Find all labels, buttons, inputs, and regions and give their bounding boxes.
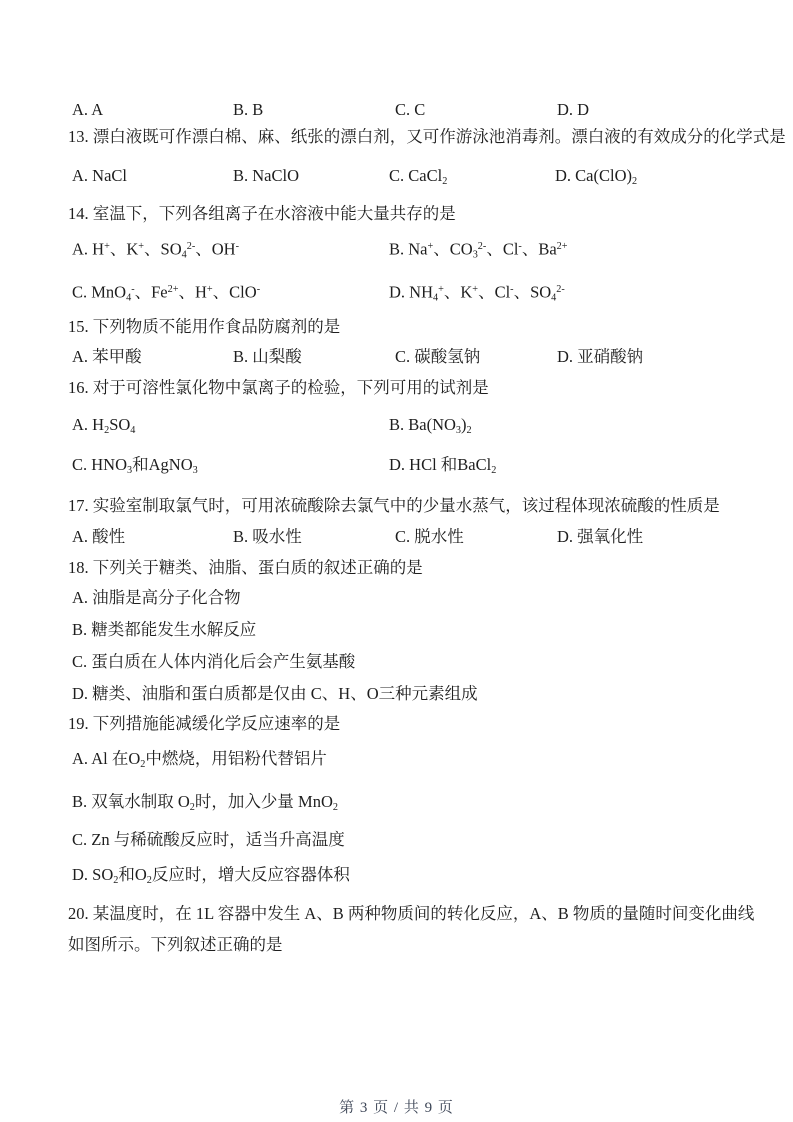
exam-page: A. A B. B C. C D. D 13. 漂白液既可作漂白棉、麻、纸张的漂… (0, 0, 793, 1122)
question-14-options-row-1: A. H+、K+、SO42-、OH- B. Na+、CO32-、Cl-、Ba2+ (72, 237, 757, 266)
question-20-stem: 20. 某温度时，在 1L 容器中发生 A、B 两种物质间的转化反应，A、B 物… (68, 898, 757, 960)
question-14-option-b: B. Na+、CO32-、Cl-、Ba2+ (389, 237, 757, 266)
question-14-option-a: A. H+、K+、SO42-、OH- (72, 237, 389, 266)
question-16-stem: 16. 对于可溶性氯化物中氯离子的检验，下列可用的试剂是 (68, 378, 757, 398)
question-12-option-c: C. C (395, 100, 557, 120)
question-15-option-c: C. 碳酸氢钠 (395, 347, 557, 367)
question-16-option-d: D. HCl 和BaCl2 (389, 455, 757, 481)
question-19-stem: 19. 下列措施能减缓化学反应速率的是 (68, 714, 757, 734)
question-19-option-b: B. 双氧水制取 O2时，加入少量 MnO2 (72, 792, 757, 818)
question-12-option-b: B. B (233, 100, 395, 120)
question-16-option-c: C. HNO3和AgNO3 (72, 455, 389, 481)
question-12-option-a: A. A (72, 100, 233, 120)
question-13-stem: 13. 漂白液既可作漂白棉、麻、纸张的漂白剂，又可作游泳池消毒剂。漂白液的有效成… (68, 127, 757, 147)
question-17-option-a: A. 酸性 (72, 527, 233, 547)
question-18-stem: 18. 下列关于糖类、油脂、蛋白质的叙述正确的是 (68, 558, 757, 578)
question-17-option-d: D. 强氧化性 (557, 527, 757, 547)
question-16-options-row-1: A. H2SO4 B. Ba(NO3)2 (72, 415, 757, 441)
question-17-stem: 17. 实验室制取氯气时，可用浓硫酸除去氯气中的少量水蒸气，该过程体现浓硫酸的性… (68, 496, 757, 516)
question-13-option-b: B. NaClO (233, 166, 389, 192)
question-15-option-b: B. 山梨酸 (233, 347, 395, 367)
question-16-option-a: A. H2SO4 (72, 415, 389, 441)
question-15-options-row: A. 苯甲酸 B. 山梨酸 C. 碳酸氢钠 D. 亚硝酸钠 (72, 347, 757, 367)
question-15-option-d: D. 亚硝酸钠 (557, 347, 757, 367)
question-15-option-a: A. 苯甲酸 (72, 347, 233, 367)
question-18-option-b: B. 糖类都能发生水解反应 (72, 620, 757, 640)
question-13-option-d: D. Ca(ClO)2 (555, 166, 757, 192)
question-14-stem: 14. 室温下，下列各组离子在水溶液中能大量共存的是 (68, 204, 757, 224)
question-12-options-row: A. A B. B C. C D. D (72, 100, 757, 120)
question-18-option-d: D. 糖类、油脂和蛋白质都是仅由 C、H、O三种元素组成 (72, 684, 757, 704)
question-18-option-c: C. 蛋白质在人体内消化后会产生氨基酸 (72, 652, 757, 672)
question-14-option-c: C. MnO4-、Fe2+、H+、ClO- (72, 280, 389, 309)
question-13-option-c: C. CaCl2 (389, 166, 555, 192)
question-12-option-d: D. D (557, 100, 757, 120)
question-13-options-row: A. NaCl B. NaClO C. CaCl2 D. Ca(ClO)2 (72, 166, 757, 192)
question-14-options-row-2: C. MnO4-、Fe2+、H+、ClO- D. NH4+、K+、Cl-、SO4… (72, 280, 757, 309)
page-number: 第 3 页 / 共 9 页 (0, 1096, 793, 1117)
question-18-option-a: A. 油脂是高分子化合物 (72, 588, 757, 608)
question-19-option-d: D. SO2和O2反应时，增大反应容器体积 (72, 865, 757, 891)
question-16-options-row-2: C. HNO3和AgNO3 D. HCl 和BaCl2 (72, 455, 757, 481)
question-19-option-c: C. Zn 与稀硫酸反应时，适当升高温度 (72, 830, 757, 850)
question-16-option-b: B. Ba(NO3)2 (389, 415, 757, 441)
question-17-option-c: C. 脱水性 (395, 527, 557, 547)
question-13-option-a: A. NaCl (72, 166, 233, 192)
question-15-stem: 15. 下列物质不能用作食品防腐剂的是 (68, 317, 757, 337)
question-17-options-row: A. 酸性 B. 吸水性 C. 脱水性 D. 强氧化性 (72, 527, 757, 547)
question-17-option-b: B. 吸水性 (233, 527, 395, 547)
question-19-option-a: A. Al 在O2中燃烧，用铝粉代替铝片 (72, 749, 757, 775)
question-14-option-d: D. NH4+、K+、Cl-、SO42- (389, 280, 757, 309)
